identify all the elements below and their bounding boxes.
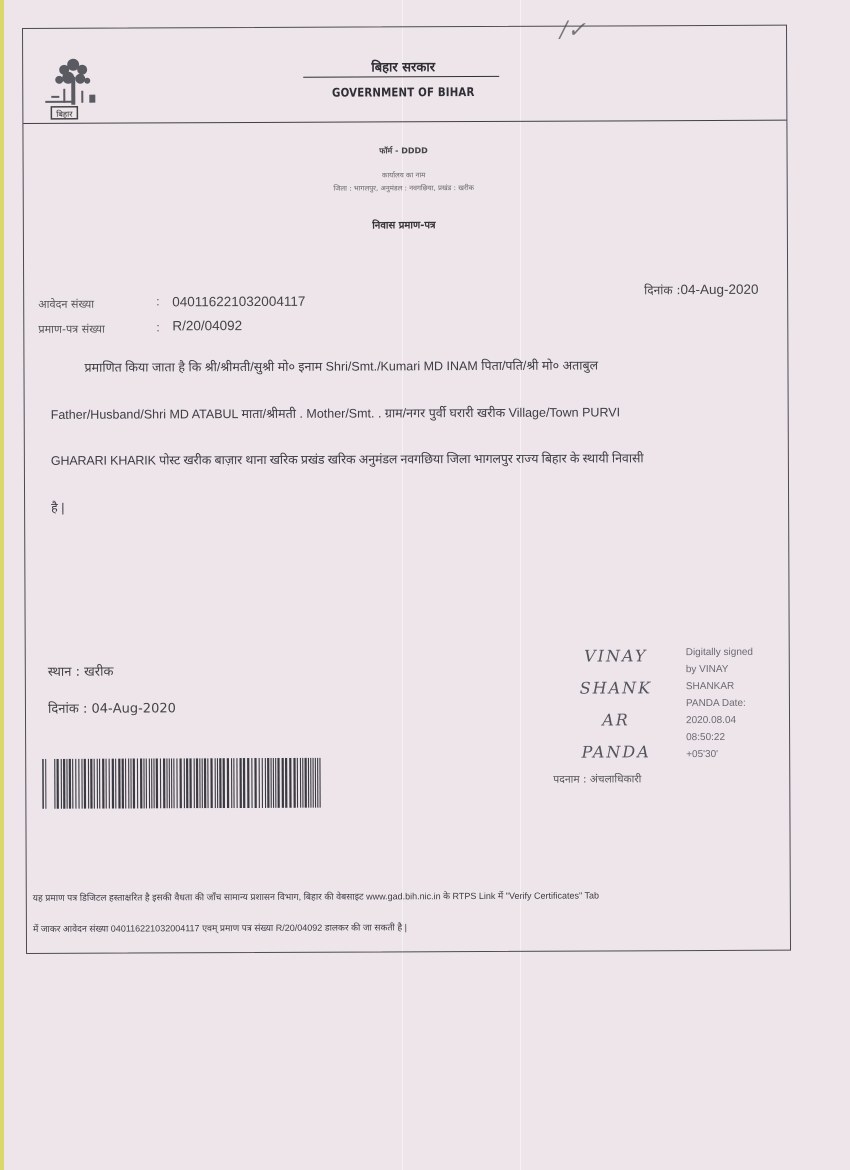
office-address: जिला : भागलपुर, अनुमंडल : नवगछिया, प्रखं…: [264, 184, 544, 194]
form-number: फॉर्म - DDDD: [324, 145, 484, 157]
sig-info-line: PANDA Date:: [686, 695, 776, 712]
signatory-designation: पदनाम : अंचलाधिकारी: [553, 772, 641, 786]
signature-name-line: AR: [556, 710, 676, 730]
sig-info-line: +05'30': [686, 746, 776, 763]
application-number: 040116221032004117: [172, 294, 305, 310]
place: स्थान : खरीक: [48, 662, 114, 680]
sig-info-line: 08:50:22: [686, 729, 776, 746]
sig-info-line: by VINAY: [686, 661, 776, 678]
sig-info-line: Digitally signed: [686, 644, 776, 661]
application-number-label: आवेदन संख्या: [38, 297, 94, 312]
sig-info-line: 2020.08.04: [686, 712, 776, 729]
signature-name-line: SHANK: [556, 678, 676, 698]
place-label: स्थान :: [48, 665, 80, 680]
bihar-emblem-icon: बिहार: [37, 51, 109, 123]
certificate-date: दिनांक :04-Aug-2020: [644, 281, 758, 298]
issue-date-value: 04-Aug-2020: [91, 701, 175, 716]
verification-note-line: यह प्रमाण पत्र डिजिटल हस्ताक्षरित है इसक…: [33, 888, 599, 903]
colon: :: [156, 294, 159, 308]
office-name: कार्यालय का नाम: [324, 171, 484, 181]
date-label: दिनांक :: [644, 283, 680, 297]
certificate-title: निवास प्रमाण-पत्र: [324, 217, 484, 232]
date-value: 04-Aug-2020: [680, 282, 758, 297]
certificate-number-label: प्रमाण-पत्र संख्या: [38, 322, 105, 337]
svg-text:बिहार: बिहार: [56, 109, 73, 119]
sig-info-line: SHANKAR: [686, 678, 776, 695]
barcode-icon: [40, 758, 322, 809]
certificate-body-line: है |: [51, 499, 64, 516]
issue-date: दिनांक : 04-Aug-2020: [48, 698, 176, 717]
government-name-english: GOVERNMENT OF BIHAR: [318, 85, 488, 100]
place-value: खरीक: [84, 665, 113, 680]
certificate-body-line: GHARARI KHARIK पोस्ट खरीक बाज़ार थाना खर…: [51, 449, 644, 469]
issue-date-label: दिनांक :: [48, 702, 87, 717]
header-divider: [303, 76, 499, 78]
digital-signature-info: Digitally signed by VINAY SHANKAR PANDA …: [686, 644, 777, 763]
government-name-hindi: बिहार सरकार: [303, 57, 503, 76]
colon: :: [156, 320, 159, 334]
certificate-frame: बिहार बिहार सरकार GOVERNMENT OF BIHAR फॉ…: [22, 25, 791, 954]
header-rule: [23, 120, 786, 124]
certificate-body-line: Father/Husband/Shri MD ATABUL माता/श्रीम…: [51, 403, 620, 422]
signature-name-line: VINAY: [556, 646, 676, 666]
paper-edge: [0, 0, 4, 1170]
certificate-body-line: प्रमाणित किया जाता है कि श्री/श्रीमती/सु…: [84, 356, 598, 375]
verification-note-line: में जाकर आवेदन संख्या 040116221032004117…: [33, 920, 407, 935]
signature-name-line: PANDA: [556, 742, 676, 762]
certificate-number: R/20/04092: [172, 318, 242, 333]
